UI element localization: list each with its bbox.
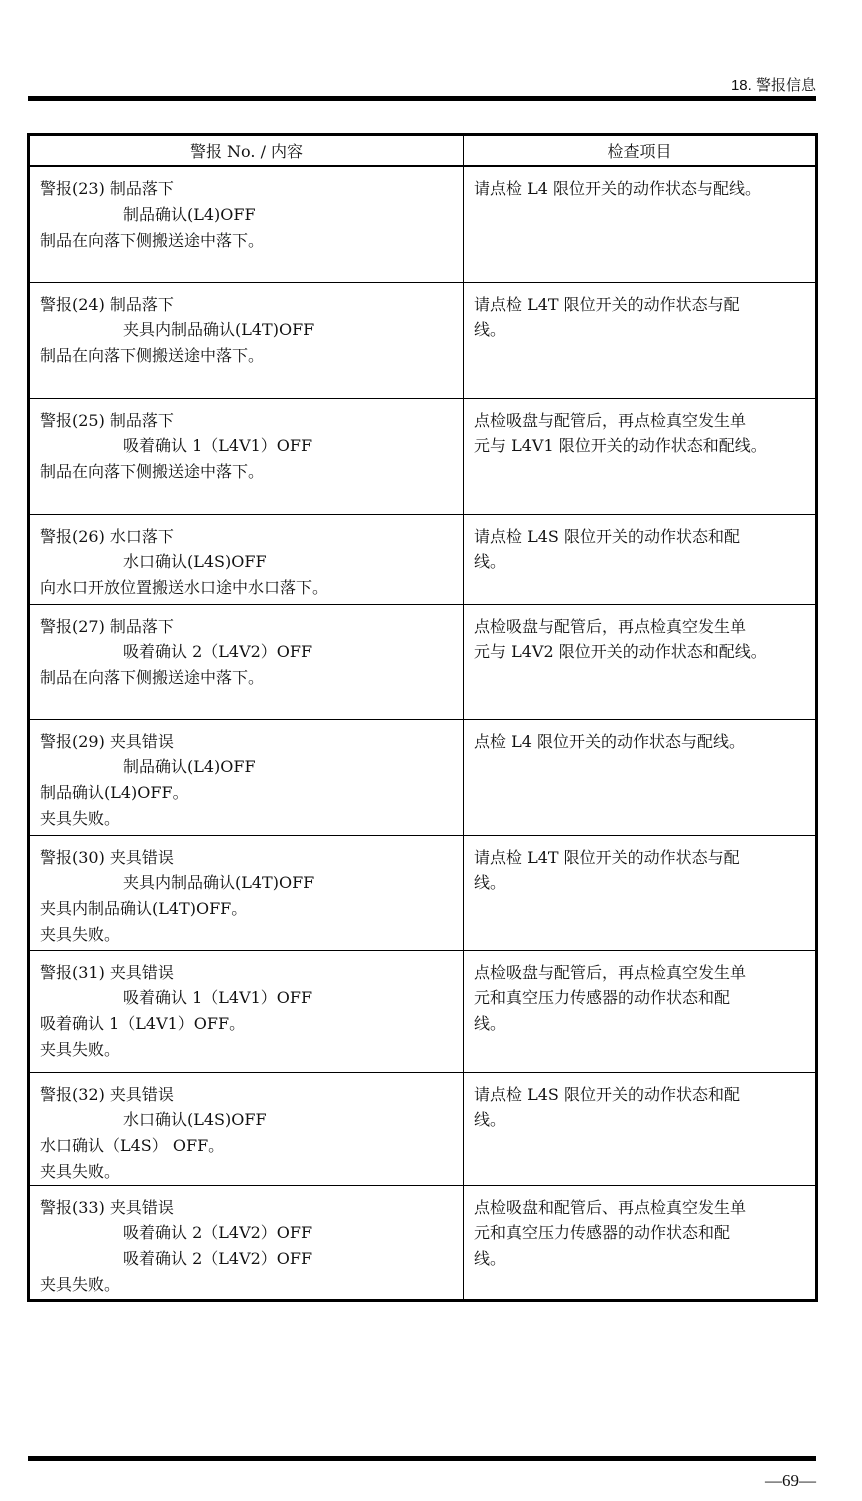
alarm-title: 警报(29) 夹具错误 — [40, 729, 453, 755]
alarm-table: 警报 No. / 内容 检查项目 警报(23) 制品落下制品确认(L4)OFF制… — [27, 133, 818, 1302]
alarm-cell: 警报(23) 制品落下制品确认(L4)OFF制品在向落下侧搬送途中落下。 — [29, 166, 464, 282]
check-item-text: 点检吸盘和配管后、再点检真空发生单 — [474, 1195, 805, 1221]
table-row: 警报(29) 夹具错误制品确认(L4)OFF制品确认(L4)OFF。夹具失败。点… — [29, 719, 817, 835]
alarm-cell: 警报(27) 制品落下吸着确认 2（L4V2）OFF制品在向落下侧搬送途中落下。 — [29, 604, 464, 719]
table-row: 警报(27) 制品落下吸着确认 2（L4V2）OFF制品在向落下侧搬送途中落下。… — [29, 604, 817, 719]
alarm-description: 水口确认（L4S） OFF。 — [40, 1133, 453, 1159]
table-row: 警报(33) 夹具错误吸着确认 2（L4V2）OFF吸着确认 2（L4V2）OF… — [29, 1185, 817, 1300]
check-item-text: 线。 — [474, 317, 805, 343]
alarm-signal: 吸着确认 1（L4V1）OFF — [40, 985, 453, 1011]
alarm-signal: 吸着确认 1（L4V1）OFF — [40, 433, 453, 459]
alarm-description: 吸着确认 1（L4V1）OFF。 — [40, 1011, 453, 1037]
check-cell: 点检吸盘和配管后、再点检真空发生单元和真空压力传感器的动作状态和配线。 — [464, 1185, 817, 1300]
check-item-text: 请点检 L4T 限位开关的动作状态与配 — [474, 292, 805, 318]
check-cell: 请点检 L4S 限位开关的动作状态和配线。 — [464, 1072, 817, 1185]
check-cell: 请点检 L4T 限位开关的动作状态与配线。 — [464, 282, 817, 398]
table-row: 警报(26) 水口落下水口确认(L4S)OFF向水口开放位置搬送水口途中水口落下… — [29, 514, 817, 604]
check-item-text: 线。 — [474, 1246, 805, 1272]
alarm-title: 警报(30) 夹具错误 — [40, 845, 453, 871]
table-row: 警报(30) 夹具错误夹具内制品确认(L4T)OFF夹具内制品确认(L4T)OF… — [29, 835, 817, 950]
alarm-title: 警报(32) 夹具错误 — [40, 1082, 453, 1108]
alarm-description: 夹具内制品确认(L4T)OFF。 — [40, 896, 453, 922]
alarm-signal: 吸着确认 2（L4V2）OFF — [40, 1246, 453, 1272]
alarm-title: 警报(25) 制品落下 — [40, 408, 453, 434]
alarm-title: 警报(31) 夹具错误 — [40, 960, 453, 986]
table-row: 警报(25) 制品落下吸着确认 1（L4V1）OFF制品在向落下侧搬送途中落下。… — [29, 398, 817, 514]
check-cell: 请点检 L4 限位开关的动作状态与配线。 — [464, 166, 817, 282]
check-item-text: 元和真空压力传感器的动作状态和配 — [474, 985, 805, 1011]
alarm-title: 警报(26) 水口落下 — [40, 524, 453, 550]
check-cell: 点检 L4 限位开关的动作状态与配线。 — [464, 719, 817, 835]
table-header-row: 警报 No. / 内容 检查项目 — [29, 135, 817, 167]
check-item-text: 线。 — [474, 549, 805, 575]
alarm-description: 夹具失败。 — [40, 1272, 453, 1298]
check-item-text: 请点检 L4S 限位开关的动作状态和配 — [474, 524, 805, 550]
header-rule — [28, 96, 816, 101]
alarm-signal: 夹具内制品确认(L4T)OFF — [40, 317, 453, 343]
alarm-title: 警报(23) 制品落下 — [40, 176, 453, 202]
check-cell: 请点检 L4S 限位开关的动作状态和配线。 — [464, 514, 817, 604]
alarm-description: 夹具失败。 — [40, 1159, 453, 1185]
check-item-text: 元与 L4V1 限位开关的动作状态和配线。 — [474, 433, 805, 459]
alarm-description: 夹具失败。 — [40, 806, 453, 832]
alarm-title: 警报(27) 制品落下 — [40, 614, 453, 640]
alarm-title: 警报(24) 制品落下 — [40, 292, 453, 318]
alarm-signal: 制品确认(L4)OFF — [40, 202, 453, 228]
alarm-signal: 吸着确认 2（L4V2）OFF — [40, 639, 453, 665]
check-item-text: 线。 — [474, 870, 805, 896]
check-item-text: 点检吸盘与配管后，再点检真空发生单 — [474, 408, 805, 434]
check-item-text: 线。 — [474, 1107, 805, 1133]
alarm-cell: 警报(24) 制品落下夹具内制品确认(L4T)OFF制品在向落下侧搬送途中落下。 — [29, 282, 464, 398]
alarm-signal: 水口确认(L4S)OFF — [40, 1107, 453, 1133]
alarm-cell: 警报(29) 夹具错误制品确认(L4)OFF制品确认(L4)OFF。夹具失败。 — [29, 719, 464, 835]
table-row: 警报(23) 制品落下制品确认(L4)OFF制品在向落下侧搬送途中落下。请点检 … — [29, 166, 817, 282]
alarm-description: 制品在向落下侧搬送途中落下。 — [40, 459, 453, 485]
check-item-text: 点检 L4 限位开关的动作状态与配线。 — [474, 729, 805, 755]
check-item-text: 请点检 L4T 限位开关的动作状态与配 — [474, 845, 805, 871]
alarm-signal: 夹具内制品确认(L4T)OFF — [40, 870, 453, 896]
section-title: 18. 警报信息 — [731, 74, 816, 95]
alarm-description: 制品在向落下侧搬送途中落下。 — [40, 665, 453, 691]
alarm-description: 夹具失败。 — [40, 922, 453, 948]
footer-rule — [28, 1456, 816, 1461]
table-row: 警报(31) 夹具错误吸着确认 1（L4V1）OFF吸着确认 1（L4V1）OF… — [29, 950, 817, 1072]
check-cell: 点检吸盘与配管后，再点检真空发生单元和真空压力传感器的动作状态和配线。 — [464, 950, 817, 1072]
check-item-text: 元和真空压力传感器的动作状态和配 — [474, 1220, 805, 1246]
alarm-cell: 警报(31) 夹具错误吸着确认 1（L4V1）OFF吸着确认 1（L4V1）OF… — [29, 950, 464, 1072]
alarm-description: 夹具失败。 — [40, 1037, 453, 1063]
alarm-description: 向水口开放位置搬送水口途中水口落下。 — [40, 575, 453, 601]
check-item-text: 点检吸盘与配管后，再点检真空发生单 — [474, 960, 805, 986]
alarm-signal: 吸着确认 2（L4V2）OFF — [40, 1220, 453, 1246]
table-body: 警报(23) 制品落下制品确认(L4)OFF制品在向落下侧搬送途中落下。请点检 … — [29, 166, 817, 1300]
alarm-signal: 水口确认(L4S)OFF — [40, 549, 453, 575]
column-header-check: 检查项目 — [464, 135, 817, 167]
check-item-text: 请点检 L4S 限位开关的动作状态和配 — [474, 1082, 805, 1108]
alarm-cell: 警报(32) 夹具错误水口确认(L4S)OFF水口确认（L4S） OFF。夹具失… — [29, 1072, 464, 1185]
check-cell: 点检吸盘与配管后，再点检真空发生单元与 L4V2 限位开关的动作状态和配线。 — [464, 604, 817, 719]
alarm-cell: 警报(33) 夹具错误吸着确认 2（L4V2）OFF吸着确认 2（L4V2）OF… — [29, 1185, 464, 1300]
column-header-alarm: 警报 No. / 内容 — [29, 135, 464, 167]
check-item-text: 线。 — [474, 1011, 805, 1037]
check-cell: 请点检 L4T 限位开关的动作状态与配线。 — [464, 835, 817, 950]
check-item-text: 元与 L4V2 限位开关的动作状态和配线。 — [474, 639, 805, 665]
alarm-title: 警报(33) 夹具错误 — [40, 1195, 453, 1221]
alarm-cell: 警报(30) 夹具错误夹具内制品确认(L4T)OFF夹具内制品确认(L4T)OF… — [29, 835, 464, 950]
check-item-text: 点检吸盘与配管后，再点检真空发生单 — [474, 614, 805, 640]
table-row: 警报(32) 夹具错误水口确认(L4S)OFF水口确认（L4S） OFF。夹具失… — [29, 1072, 817, 1185]
check-item-text: 请点检 L4 限位开关的动作状态与配线。 — [474, 176, 805, 202]
page-number: —69— — [765, 1471, 816, 1491]
table-row: 警报(24) 制品落下夹具内制品确认(L4T)OFF制品在向落下侧搬送途中落下。… — [29, 282, 817, 398]
alarm-description: 制品在向落下侧搬送途中落下。 — [40, 228, 453, 254]
alarm-cell: 警报(25) 制品落下吸着确认 1（L4V1）OFF制品在向落下侧搬送途中落下。 — [29, 398, 464, 514]
alarm-cell: 警报(26) 水口落下水口确认(L4S)OFF向水口开放位置搬送水口途中水口落下… — [29, 514, 464, 604]
alarm-signal: 制品确认(L4)OFF — [40, 754, 453, 780]
alarm-description: 制品确认(L4)OFF。 — [40, 780, 453, 806]
alarm-description: 制品在向落下侧搬送途中落下。 — [40, 343, 453, 369]
check-cell: 点检吸盘与配管后，再点检真空发生单元与 L4V1 限位开关的动作状态和配线。 — [464, 398, 817, 514]
